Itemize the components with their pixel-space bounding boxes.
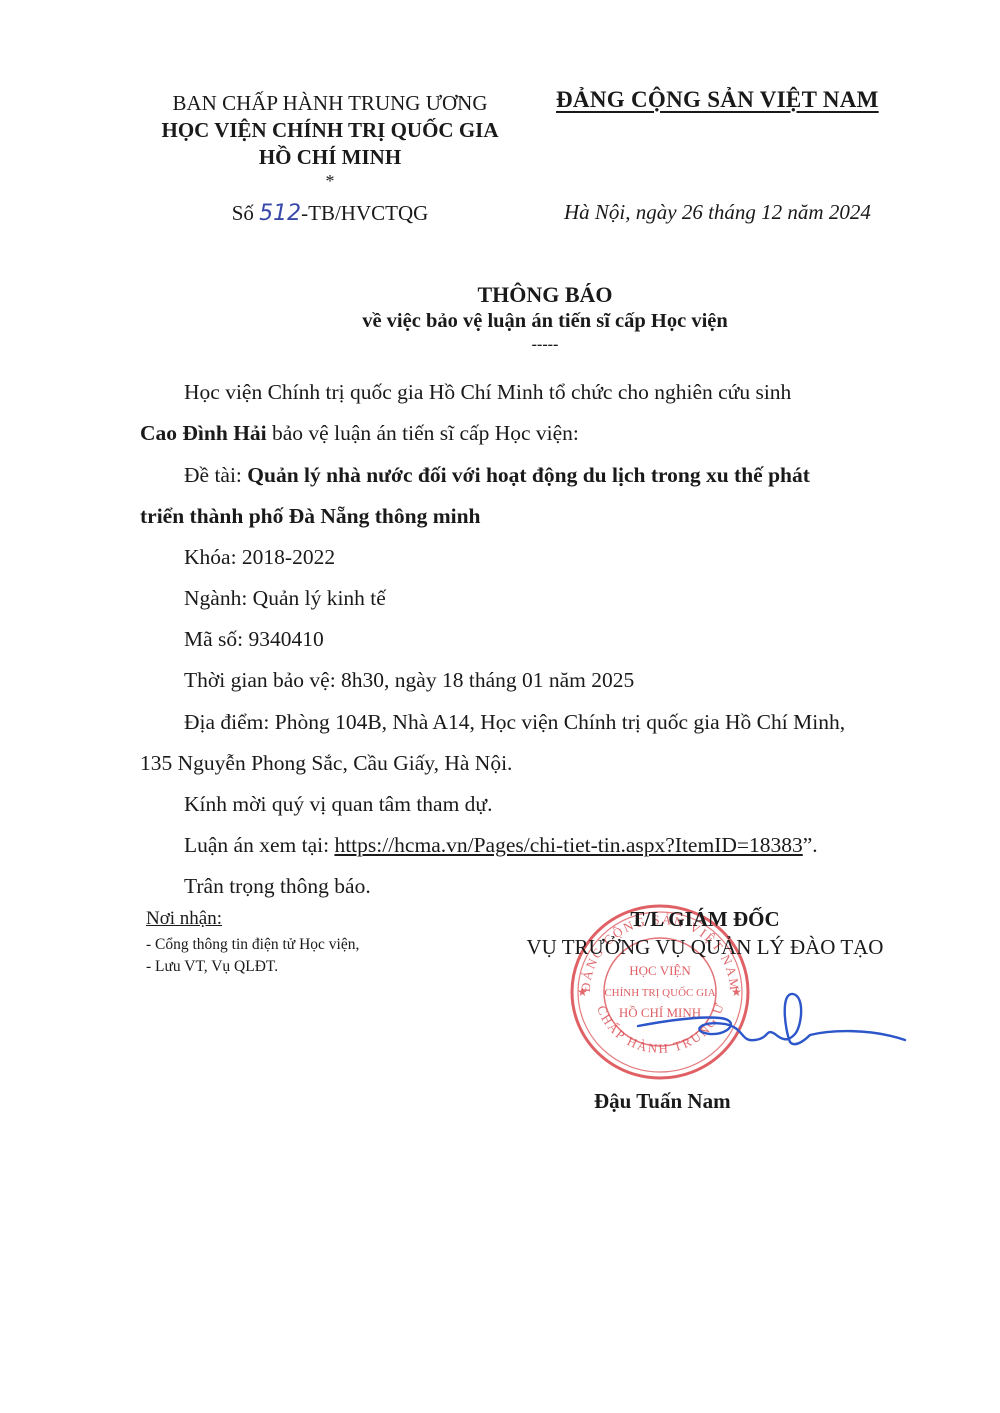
title-divider: ----- bbox=[0, 336, 1000, 354]
doc-number-suffix: -TB/HVCTQG bbox=[301, 201, 428, 225]
major: Ngành: Quản lý kinh tế bbox=[184, 578, 386, 619]
thesis-label: Luận án xem tại: bbox=[184, 833, 334, 857]
location-line2: 135 Nguyễn Phong Sắc, Cầu Giấy, Hà Nội. bbox=[140, 743, 512, 784]
doc-number-prefix: Số bbox=[232, 201, 254, 225]
handwritten-signature-icon bbox=[630, 990, 910, 1060]
svg-text:★: ★ bbox=[577, 985, 588, 999]
invitation: Kính mời quý vị quan tâm tham dự. bbox=[184, 784, 492, 825]
org-name-line2: HỒ CHÍ MINH bbox=[130, 144, 530, 171]
svg-text:HỌC VIỆN: HỌC VIỆN bbox=[629, 963, 691, 978]
thesis-link[interactable]: https://hcma.vn/Pages/chi-tiet-tin.aspx?… bbox=[334, 833, 802, 857]
defense-time: Thời gian bảo vệ: 8h30, ngày 18 tháng 01… bbox=[184, 660, 634, 701]
course: Khóa: 2018-2022 bbox=[184, 537, 335, 578]
org-parent: BAN CHẤP HÀNH TRUNG ƯƠNG bbox=[130, 90, 530, 117]
major-code: Mã số: 9340410 bbox=[184, 619, 324, 660]
signature-position: VỤ TRƯỞNG VỤ QUẢN LÝ ĐÀO TẠO bbox=[500, 935, 910, 960]
intro-text: Học viện Chính trị quốc gia Hồ Chí Minh … bbox=[184, 372, 791, 413]
topic-title: Quản lý nhà nước đối với hoạt động du lị… bbox=[247, 463, 810, 487]
party-name: ĐẢNG CỘNG SẢN VIỆT NAM bbox=[556, 87, 879, 113]
place-date: Hà Nội, ngày 26 tháng 12 năm 2024 bbox=[564, 200, 871, 225]
recipients-heading: Nơi nhận: bbox=[146, 908, 222, 930]
recipient-item: - Lưu VT, Vụ QLĐT. bbox=[146, 958, 278, 976]
thesis-link-suffix: ”. bbox=[803, 833, 818, 857]
candidate-line-rest: bảo vệ luận án tiến sĩ cấp Học viện: bbox=[267, 421, 579, 445]
thesis-line: Luận án xem tại: https://hcma.vn/Pages/c… bbox=[184, 825, 818, 866]
document-title: THÔNG BÁO bbox=[0, 282, 1000, 308]
doc-number-handwritten: 512 bbox=[259, 201, 301, 226]
signer-name: Đậu Tuấn Nam bbox=[594, 1089, 731, 1114]
recipient-item: - Cổng thông tin điện tử Học viện, bbox=[146, 936, 359, 954]
org-star: * bbox=[130, 172, 530, 190]
topic-line: Đề tài: Quản lý nhà nước đối với hoạt độ… bbox=[184, 455, 810, 496]
topic-title-cont: triển thành phố Đà Nẵng thông minh bbox=[140, 496, 481, 537]
candidate-line: Cao Đình Hải bảo vệ luận án tiến sĩ cấp … bbox=[140, 413, 579, 454]
signature-on-behalf: T/L GIÁM ĐỐC bbox=[500, 907, 910, 932]
document-subtitle: về việc bảo vệ luận án tiến sĩ cấp Học v… bbox=[0, 310, 1000, 333]
location-line1: Địa điểm: Phòng 104B, Nhà A14, Học viện … bbox=[184, 702, 845, 743]
closing: Trân trọng thông báo. bbox=[184, 866, 371, 907]
org-name: HỌC VIỆN CHÍNH TRỊ QUỐC GIA bbox=[130, 117, 530, 144]
doc-number: Số 512-TB/HVCTQG bbox=[130, 200, 530, 227]
candidate-name: Cao Đình Hải bbox=[140, 421, 267, 445]
topic-label: Đề tài: bbox=[184, 463, 247, 487]
